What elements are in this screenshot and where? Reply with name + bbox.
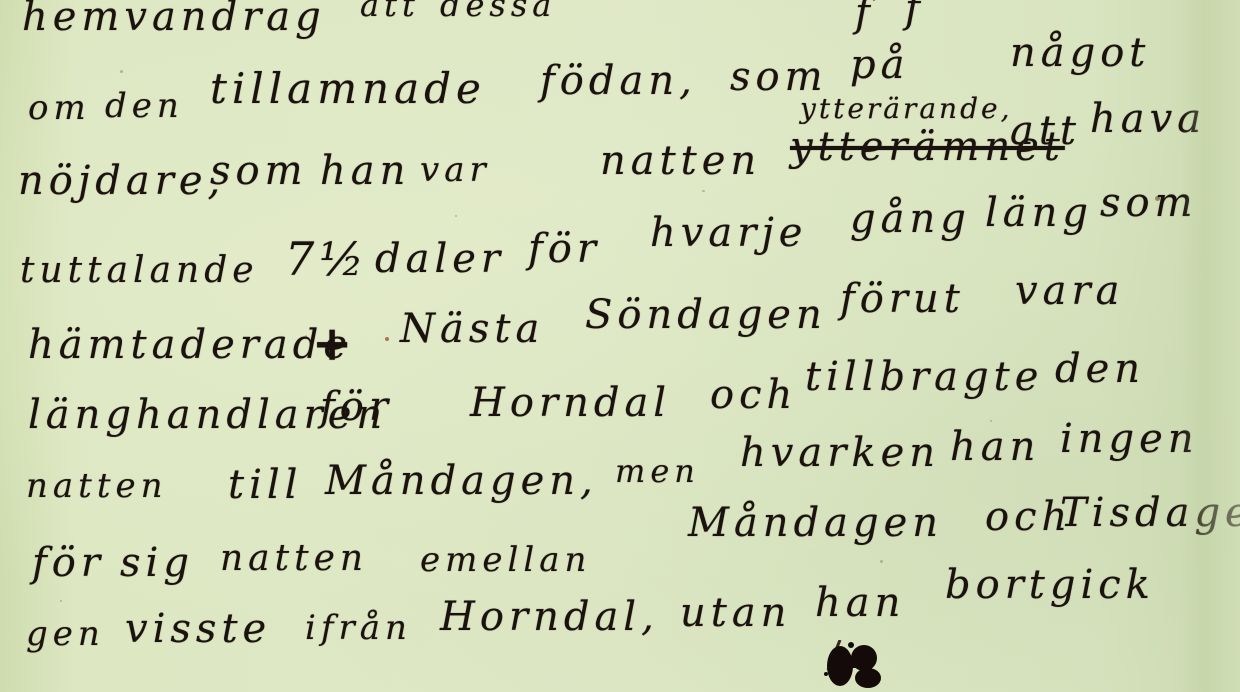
paper-speckle	[990, 420, 992, 422]
word: Söndagen	[585, 292, 827, 338]
word: som	[1100, 180, 1198, 226]
word: men	[615, 452, 700, 490]
word: för	[320, 384, 393, 430]
word: vara	[1015, 268, 1124, 314]
word: nöjdare,	[18, 158, 225, 204]
word: f	[905, 0, 925, 32]
paper-speckle	[455, 215, 457, 217]
word: något	[1010, 30, 1150, 76]
word: gång	[850, 196, 971, 242]
word: hemvandrag	[22, 0, 326, 40]
word: om	[28, 88, 91, 128]
word: förut	[840, 276, 965, 322]
word: och	[710, 372, 797, 418]
paper-speckle	[385, 337, 389, 341]
paper-speckle	[702, 190, 705, 192]
word: daler	[375, 236, 505, 282]
word: hämtaderade	[28, 322, 352, 368]
word: natten	[220, 538, 368, 579]
word: ingen	[1060, 416, 1199, 462]
paper-speckle	[880, 560, 883, 563]
word: läng	[985, 190, 1093, 236]
word: tuttalande	[20, 250, 259, 291]
word: Nästa	[400, 306, 544, 352]
word: bortgick	[945, 562, 1155, 608]
word: visste	[125, 606, 271, 652]
word: var	[420, 150, 491, 190]
place-name: Horndal	[470, 380, 671, 426]
word: gen	[26, 614, 105, 654]
paper-speckle	[120, 70, 123, 73]
word: natten	[600, 138, 761, 184]
inserted-word: ytterärande,	[800, 92, 1012, 125]
word: hvarken	[740, 430, 940, 476]
word: tillbragte	[805, 354, 1043, 400]
word: Måndagen	[688, 500, 943, 546]
place-name: Horndal,	[440, 594, 659, 640]
word: den	[105, 86, 184, 126]
word: Måndagen,	[325, 458, 598, 504]
word: att	[360, 0, 420, 24]
word: hava	[1090, 96, 1206, 142]
word: som	[210, 148, 308, 194]
word: han	[815, 580, 905, 626]
word: emellan	[420, 540, 591, 580]
word: hvarje	[650, 210, 807, 256]
word: dessa	[440, 0, 556, 24]
numeral: 7½	[285, 232, 369, 286]
word: utan	[680, 590, 791, 636]
manuscript-page: hemvandrag att dessa f f om den tillamna…	[0, 0, 1240, 692]
word: Tisdagen	[1060, 490, 1240, 536]
word: födan,	[540, 58, 697, 104]
word: att	[1010, 108, 1081, 154]
word: den	[1055, 346, 1145, 392]
word: ifrån	[305, 608, 412, 648]
word: på	[850, 42, 909, 88]
paper-speckle	[60, 600, 62, 602]
word: han	[950, 424, 1040, 470]
word: f	[855, 0, 875, 36]
word: för	[528, 226, 601, 272]
ink-blot	[818, 640, 888, 688]
word: sig	[120, 540, 194, 586]
word: för	[32, 540, 105, 586]
word: tillamnade	[210, 64, 486, 113]
word: natten	[26, 466, 168, 506]
word: han	[320, 148, 410, 194]
word: till	[228, 462, 302, 508]
plus-mark: +	[312, 316, 357, 372]
